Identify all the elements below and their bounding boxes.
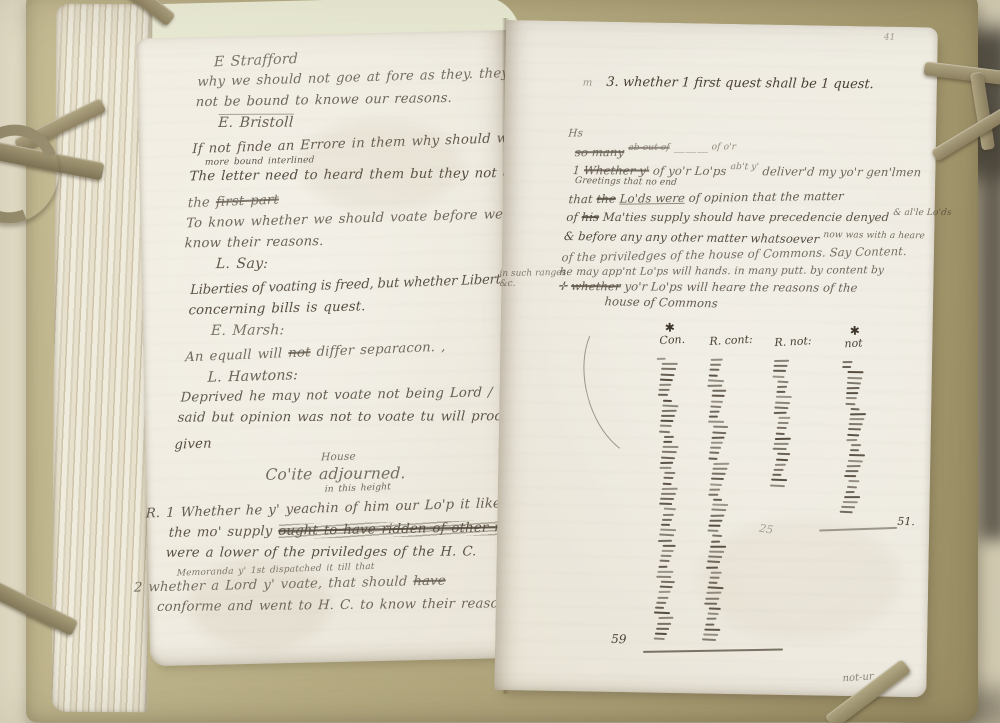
folio-number: 41	[884, 33, 896, 43]
photograph-of-manuscript: E Straffordwhy we should not goe at fore…	[0, 0, 1000, 723]
tally-mark	[710, 514, 724, 516]
tally-mark	[711, 509, 726, 512]
tally-mark	[775, 438, 791, 440]
tally-mark	[707, 385, 722, 387]
tally-mark	[660, 498, 674, 500]
tally-mark	[706, 618, 716, 620]
tally-mark	[710, 405, 721, 407]
tally-mark	[849, 454, 865, 456]
tally-mark	[710, 483, 722, 485]
tally-mark	[848, 459, 863, 462]
tally-mark	[774, 360, 789, 362]
tally-mark	[848, 428, 861, 430]
division-tally: ✱Con.R. cont:R. not:✱not	[609, 332, 920, 689]
tally-mark	[851, 444, 861, 446]
tally-column-label: R. not:	[774, 334, 812, 349]
tally-mark	[661, 555, 672, 557]
tally-mark	[711, 571, 722, 573]
tally-mark	[775, 401, 790, 403]
tally-mark	[656, 602, 666, 604]
tally-mark	[663, 482, 672, 484]
question-text: 3. whether 1 first quest shall be 1 ques…	[606, 75, 874, 92]
tally-column-header: R. not:	[774, 334, 815, 349]
tally-mark	[850, 413, 866, 415]
tally-mark	[847, 376, 862, 378]
tally-marks	[841, 361, 864, 514]
tally-mark	[660, 467, 672, 469]
shadow-right-edge	[978, 120, 1000, 540]
tally-total-not: 51.	[897, 515, 915, 528]
tally-mark	[710, 447, 721, 449]
tally-mark	[659, 534, 674, 537]
tally-mark	[708, 421, 724, 423]
tally-mark	[660, 420, 673, 422]
tally-mark	[704, 628, 720, 630]
tally-mark	[664, 508, 676, 510]
tally-mark	[706, 566, 718, 568]
tally-mark	[663, 513, 674, 515]
answer-paragraph: Hsso many ab out of ——— of o'r1 Whether …	[560, 122, 924, 312]
tally-mark	[778, 422, 789, 424]
left-page-text: E Straffordwhy we should not goe at fore…	[176, 42, 510, 660]
tally-mark	[713, 426, 728, 428]
tally-mark	[712, 431, 726, 434]
tally-mark	[844, 475, 856, 477]
tally-mark	[712, 436, 725, 438]
tally-mark	[704, 602, 717, 604]
tally-mark	[841, 506, 855, 508]
tally-column-label: not	[844, 336, 863, 350]
tally-mark	[851, 408, 860, 410]
tally-mark	[709, 608, 721, 610]
tally-mark	[777, 453, 790, 455]
tally-mark	[712, 390, 726, 392]
tally-mark	[661, 368, 676, 370]
tally-mark	[849, 418, 864, 420]
tally-mark	[661, 373, 675, 375]
tally-mark	[660, 378, 673, 380]
tally-mark	[847, 433, 859, 435]
tally-mark	[847, 485, 857, 487]
tally-mark	[708, 457, 717, 459]
tally-mark	[656, 576, 671, 578]
tally-mark	[776, 458, 788, 460]
tally-mark	[708, 613, 719, 615]
tally-mark	[777, 386, 787, 388]
tally-mark	[708, 556, 722, 558]
tally-mark	[662, 451, 677, 453]
tally-mark	[658, 617, 673, 619]
tally-column-header: R. cont:	[709, 333, 750, 348]
tally-mark	[661, 581, 675, 583]
tally-mark	[849, 423, 863, 425]
tally-mark	[774, 412, 787, 414]
tally-mark	[709, 369, 719, 371]
tally-mark	[776, 432, 785, 434]
tally-mark	[846, 397, 857, 399]
tally-mark	[772, 474, 781, 476]
tally-mark	[847, 371, 863, 373]
tally-mark	[845, 470, 858, 472]
tally-mark	[663, 545, 676, 547]
tally-mark	[709, 374, 718, 376]
tally-total-r-not: 25	[758, 522, 774, 537]
tally-mark	[711, 359, 723, 361]
tally-mark	[661, 493, 676, 495]
tally-mark	[713, 499, 722, 501]
tally-mark	[712, 395, 725, 397]
tally-mark	[847, 382, 861, 385]
asterisk-mark: ✱	[849, 324, 860, 339]
tally-total-bottom: 59	[611, 632, 627, 646]
tally-mark	[711, 442, 723, 444]
tally-mark	[659, 503, 672, 505]
tally-column-header: ✱Con.	[659, 332, 700, 347]
tally-mark	[655, 633, 667, 635]
tally-mark	[657, 622, 671, 624]
tally-mark	[842, 361, 852, 363]
tally-mark	[662, 550, 674, 552]
tally-column-label: R. cont:	[709, 333, 753, 348]
tally-column-label: Con.	[659, 333, 685, 347]
tally-mark	[711, 478, 724, 480]
tally-mark	[712, 535, 722, 537]
tally-mark	[847, 387, 860, 389]
tally-mark	[770, 484, 785, 487]
tally-mark	[846, 392, 858, 394]
tally-mark	[778, 417, 790, 419]
tally-marks	[772, 360, 794, 487]
tally-mark	[776, 391, 785, 393]
tally-mark	[708, 525, 720, 527]
tally-column: R. cont:	[704, 334, 749, 645]
margin-marker: m	[582, 78, 592, 89]
tally-mark	[774, 443, 789, 445]
tally-mark	[656, 627, 669, 629]
tally-mark	[662, 446, 678, 448]
tally-mark	[774, 365, 788, 367]
tally-mark	[713, 462, 729, 464]
tally-mark	[659, 384, 671, 386]
tally-mark	[709, 488, 720, 490]
tally-mark	[661, 415, 675, 417]
tally-mark	[660, 586, 673, 588]
marginal-note: in such ranges &c.	[499, 268, 566, 289]
tally-mark	[707, 530, 718, 532]
tally-mark	[842, 366, 851, 368]
tally-mark	[707, 561, 720, 563]
tally-mark	[658, 394, 668, 396]
tally-mark	[662, 363, 678, 365]
tally-mark	[710, 364, 721, 366]
tally-mark	[776, 396, 792, 398]
tally-mark	[661, 524, 670, 526]
tally-mark	[712, 473, 726, 475]
tally-mark	[702, 638, 716, 641]
tally-mark	[654, 612, 670, 615]
tally-mark	[845, 402, 855, 404]
tally-mark	[709, 551, 724, 553]
tally-mark	[657, 596, 668, 598]
tally-mark	[773, 370, 786, 372]
tally-mark	[846, 491, 855, 493]
tally-mark	[655, 607, 664, 609]
tally-mark	[660, 560, 670, 562]
tally-mark	[663, 399, 672, 401]
tally-column: ✱Con.	[654, 333, 699, 644]
tally-mark	[662, 410, 677, 412]
tally-marks	[654, 358, 679, 640]
tally-mark	[659, 591, 671, 593]
tally-mark	[775, 464, 786, 466]
tally-mark	[710, 577, 720, 579]
tally-mark	[705, 597, 719, 599]
tally-mark	[773, 448, 787, 450]
tally-mark	[711, 540, 720, 542]
question-line: m3. whether 1 first quest shall be 1 que…	[582, 75, 874, 93]
tally-mark	[660, 425, 672, 427]
tally-mark	[712, 504, 728, 506]
tally-mark	[661, 456, 675, 459]
tally-mark	[654, 638, 665, 640]
tally-marks	[704, 359, 729, 641]
manuscript-line: so many ab out of ——— of o'r	[574, 138, 926, 161]
tally-mark	[663, 441, 672, 443]
tally-mark	[708, 379, 724, 382]
tally-mark	[663, 477, 673, 479]
tally-mark	[713, 468, 728, 470]
tally-mark	[708, 582, 717, 584]
tally-mark	[709, 520, 722, 522]
right-page: 41 m3. whether 1 first quest shall be 1 …	[494, 20, 938, 697]
manuscript-line: conforme and went to H. C. to know their…	[157, 594, 474, 619]
tally-mark	[840, 511, 853, 513]
tally-mark	[847, 465, 861, 467]
tally-mark	[662, 487, 678, 489]
tally-mark	[658, 539, 672, 541]
tally-mark	[846, 439, 857, 441]
tally-column: R. not:	[772, 335, 815, 490]
tally-mark	[774, 469, 784, 471]
tally-mark	[657, 358, 666, 360]
tally-mark	[657, 571, 673, 573]
tally-mark	[660, 529, 676, 531]
tally-mark	[662, 404, 678, 407]
tally-mark	[708, 494, 718, 496]
tally-mark	[711, 400, 723, 402]
tally-mark	[771, 479, 787, 481]
tally-mark	[774, 406, 788, 409]
tally-mark	[710, 546, 726, 548]
tally-mark	[664, 436, 674, 438]
tally-mark	[705, 623, 714, 625]
tally-mark	[664, 472, 675, 474]
tally-mark	[777, 427, 787, 429]
tally-mark	[850, 449, 859, 451]
tally-mark	[843, 501, 858, 503]
manuscript-line: of his Ma'ties supply should have preced…	[566, 205, 918, 225]
tally-mark	[710, 410, 720, 412]
tally-mark	[844, 496, 860, 498]
tally-mark	[709, 452, 719, 454]
tally-mark	[848, 480, 859, 482]
tally-mark	[662, 519, 672, 521]
tally-mark	[707, 587, 723, 590]
tally-mark	[777, 380, 788, 382]
tally-column-header: ✱not	[844, 335, 885, 350]
tally-mark	[659, 430, 670, 432]
tally-mark	[659, 389, 670, 391]
tally-mark	[709, 416, 718, 418]
tally-mark	[703, 633, 718, 635]
asterisk-mark: ✱	[664, 320, 675, 335]
tally-mark	[706, 592, 721, 594]
tally-column: ✱not	[841, 336, 884, 517]
tally-mark	[658, 565, 667, 567]
left-page: E Straffordwhy we should not goe at fore…	[136, 30, 522, 666]
tally-mark	[772, 375, 784, 377]
tally-mark	[660, 462, 673, 464]
